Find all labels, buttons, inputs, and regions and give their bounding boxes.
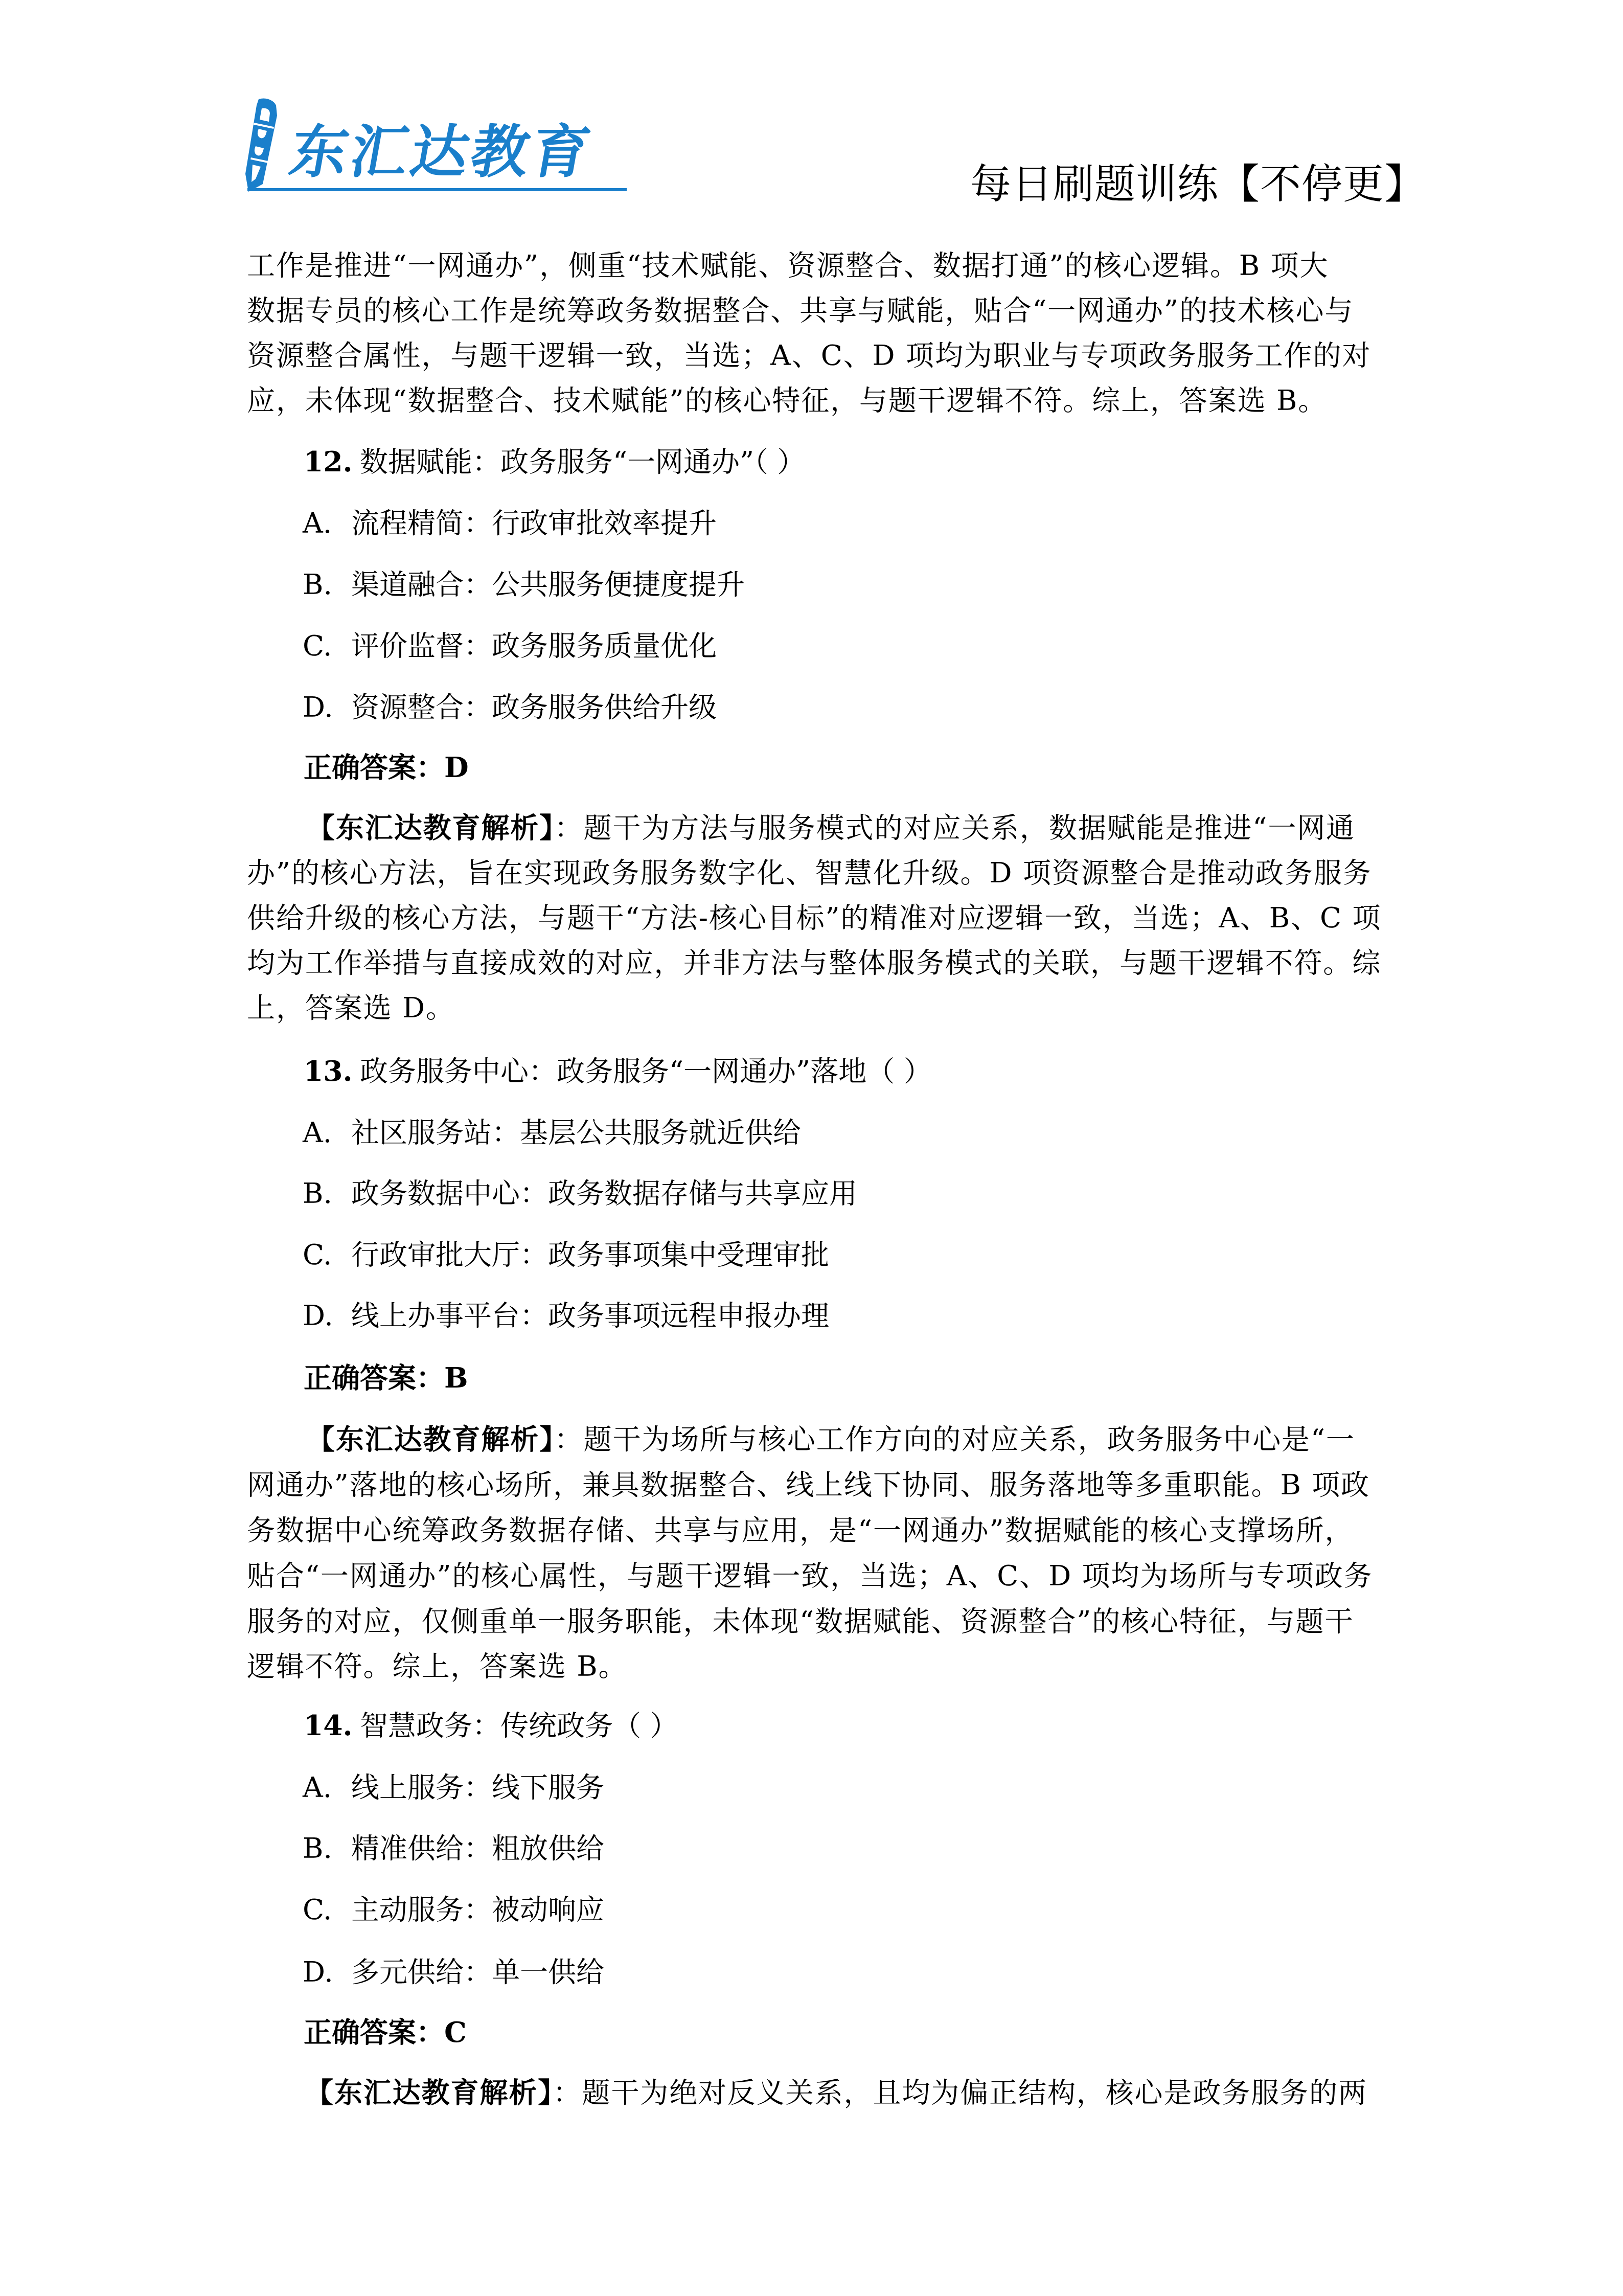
option-letter: B. (303, 1175, 351, 1211)
header-title: 每日刷题训练【不停更】 (970, 158, 1426, 210)
answer-value: C (444, 2015, 467, 2049)
question-12-stem: 12.数据赋能：政务服务“一网通办”（ ） (304, 444, 805, 480)
analysis-line: 逻辑不符。综上，答案选 B。 (247, 1648, 628, 1684)
option-text: 流程精简：行政审批效率提升 (351, 507, 717, 539)
option-a: A.流程精简：行政审批效率提升 (303, 505, 717, 541)
brand-logo: 东汇达教育 (243, 97, 632, 194)
option-letter: A. (303, 1115, 351, 1150)
answer-label: 正确答案： (304, 751, 444, 784)
analysis-line: 均为工作举措与直接成效的对应，并非方法与整体服务模式的关联，与题干逻辑不符。综 (247, 945, 1381, 981)
option-letter: D. (303, 1954, 351, 1990)
option-text: 资源整合：政务服务供给升级 (351, 691, 717, 723)
option-text: 线上服务：线下服务 (351, 1771, 604, 1804)
answer-value: D (444, 751, 469, 784)
question-text: 政务服务中心：政务服务“一网通办”落地（ ） (360, 1055, 932, 1087)
option-text: 行政审批大厅：政务事项集中受理审批 (351, 1238, 829, 1271)
option-text: 主动服务：被动响应 (351, 1893, 604, 1926)
answer-label: 正确答案： (304, 1361, 444, 1394)
analysis-label: 【东汇达教育解析】 (305, 2076, 553, 2109)
document-page: 东汇达教育 每日刷题训练【不停更】 工作是推进“一网通办”，侧重“技术赋能、资源… (0, 0, 1623, 2296)
analysis-line: 网通办”落地的核心场所，兼具数据整合、线上线下协同、服务落地等多重职能。B 项政 (247, 1467, 1370, 1503)
analysis-line: 【东汇达教育解析】：题干为方法与服务模式的对应关系，数据赋能是推进“一网通 (307, 810, 1355, 846)
question-text: 数据赋能：政务服务“一网通办”（ ） (360, 445, 805, 478)
logo-text: 东汇达教育 (285, 122, 598, 183)
analysis-text: ：题干为绝对反义关系，且均为偏正结构，核心是政务服务的两 (553, 2076, 1367, 2109)
option-letter: B. (303, 566, 351, 602)
question-number: 14. (304, 1708, 360, 1743)
option-letter: C. (303, 1237, 351, 1272)
option-d: D.资源整合：政务服务供给升级 (303, 689, 717, 725)
option-d: D.线上办事平台：政务事项远程申报办理 (303, 1298, 829, 1333)
option-letter: C. (303, 628, 351, 664)
analysis-line: 上，答案选 D。 (247, 990, 455, 1026)
option-letter: B. (303, 1830, 351, 1866)
correct-answer: 正确答案：D (304, 749, 469, 785)
option-letter: A. (303, 1769, 351, 1805)
option-letter: D. (303, 1298, 351, 1333)
option-b: B.渠道融合：公共服务便捷度提升 (303, 566, 745, 602)
paragraph-line: 工作是推进“一网通办”，侧重“技术赋能、资源整合、数据打通”的核心逻辑。B 项大 (247, 247, 1329, 283)
option-text: 精准供给：粗放供给 (351, 1832, 604, 1865)
correct-answer: 正确答案：B (304, 1360, 468, 1396)
option-b: B.精准供给：粗放供给 (303, 1830, 604, 1866)
logo-underline (247, 188, 627, 191)
option-c: C.评价监督：政务服务质量优化 (303, 628, 717, 664)
option-d: D.多元供给：单一供给 (303, 1954, 604, 1990)
option-text: 线上办事平台：政务事项远程申报办理 (351, 1299, 829, 1332)
analysis-line: 务数据中心统筹政务数据存储、共享与应用，是“一网通办”数据赋能的核心支撑场所， (247, 1512, 1354, 1548)
question-13-stem: 13.政务服务中心：政务服务“一网通办”落地（ ） (304, 1053, 932, 1089)
option-text: 政务数据中心：政务数据存储与共享应用 (351, 1177, 857, 1210)
analysis-line: 服务的对应，仅侧重单一服务职能，未体现“数据赋能、资源整合”的核心特征，与题干 (247, 1603, 1354, 1639)
pencil-icon (243, 97, 279, 192)
analysis-line: 【东汇达教育解析】：题干为绝对反义关系，且均为偏正结构，核心是政务服务的两 (305, 2075, 1367, 2110)
analysis-text: ：题干为方法与服务模式的对应关系，数据赋能是推进“一网通 (555, 811, 1355, 844)
option-c: C.行政审批大厅：政务事项集中受理审批 (303, 1237, 829, 1272)
analysis-line: 贴合“一网通办”的核心属性，与题干逻辑一致，当选；A、C、D 项均为场所与专项政… (247, 1558, 1373, 1594)
option-c: C.主动服务：被动响应 (303, 1892, 604, 1927)
question-text: 智慧政务：传统政务（ ） (360, 1709, 678, 1742)
option-a: A.线上服务：线下服务 (303, 1769, 604, 1805)
paragraph-line: 数据专员的核心工作是统筹政务数据整合、共享与赋能，贴合“一网通办”的技术核心与 (247, 292, 1354, 328)
analysis-text: ：题干为场所与核心工作方向的对应关系，政务服务中心是“一 (555, 1423, 1355, 1456)
option-text: 渠道融合：公共服务便捷度提升 (351, 568, 745, 601)
option-a: A.社区服务站：基层公共服务就近供给 (303, 1115, 801, 1150)
analysis-label: 【东汇达教育解析】 (307, 811, 555, 844)
option-letter: C. (303, 1892, 351, 1927)
answer-label: 正确答案： (304, 2015, 444, 2049)
question-number: 12. (304, 444, 360, 480)
analysis-label: 【东汇达教育解析】 (307, 1422, 555, 1456)
question-number: 13. (304, 1053, 360, 1089)
option-text: 评价监督：政务服务质量优化 (351, 629, 717, 662)
option-b: B.政务数据中心：政务数据存储与共享应用 (303, 1175, 857, 1211)
option-text: 多元供给：单一供给 (351, 1956, 604, 1988)
option-letter: A. (303, 505, 351, 541)
analysis-line: 供给升级的核心方法，与题干“方法-核心目标”的精准对应逻辑一致，当选；A、B、C… (247, 900, 1381, 936)
answer-value: B (444, 1361, 468, 1394)
paragraph-line: 资源整合属性，与题干逻辑一致，当选；A、C、D 项均为职业与专项政务服务工作的对 (247, 337, 1371, 373)
analysis-line: 办”的核心方法，旨在实现政务服务数字化、智慧化升级。D 项资源整合是推动政务服务 (247, 855, 1372, 891)
paragraph-line: 应，未体现“数据整合、技术赋能”的核心特征，与题干逻辑不符。综上，答案选 B。 (247, 382, 1327, 418)
question-14-stem: 14.智慧政务：传统政务（ ） (304, 1708, 678, 1743)
analysis-line: 【东汇达教育解析】：题干为场所与核心工作方向的对应关系，政务服务中心是“一 (307, 1421, 1355, 1457)
correct-answer: 正确答案：C (304, 2014, 467, 2050)
option-text: 社区服务站：基层公共服务就近供给 (351, 1116, 801, 1149)
option-letter: D. (303, 689, 351, 725)
